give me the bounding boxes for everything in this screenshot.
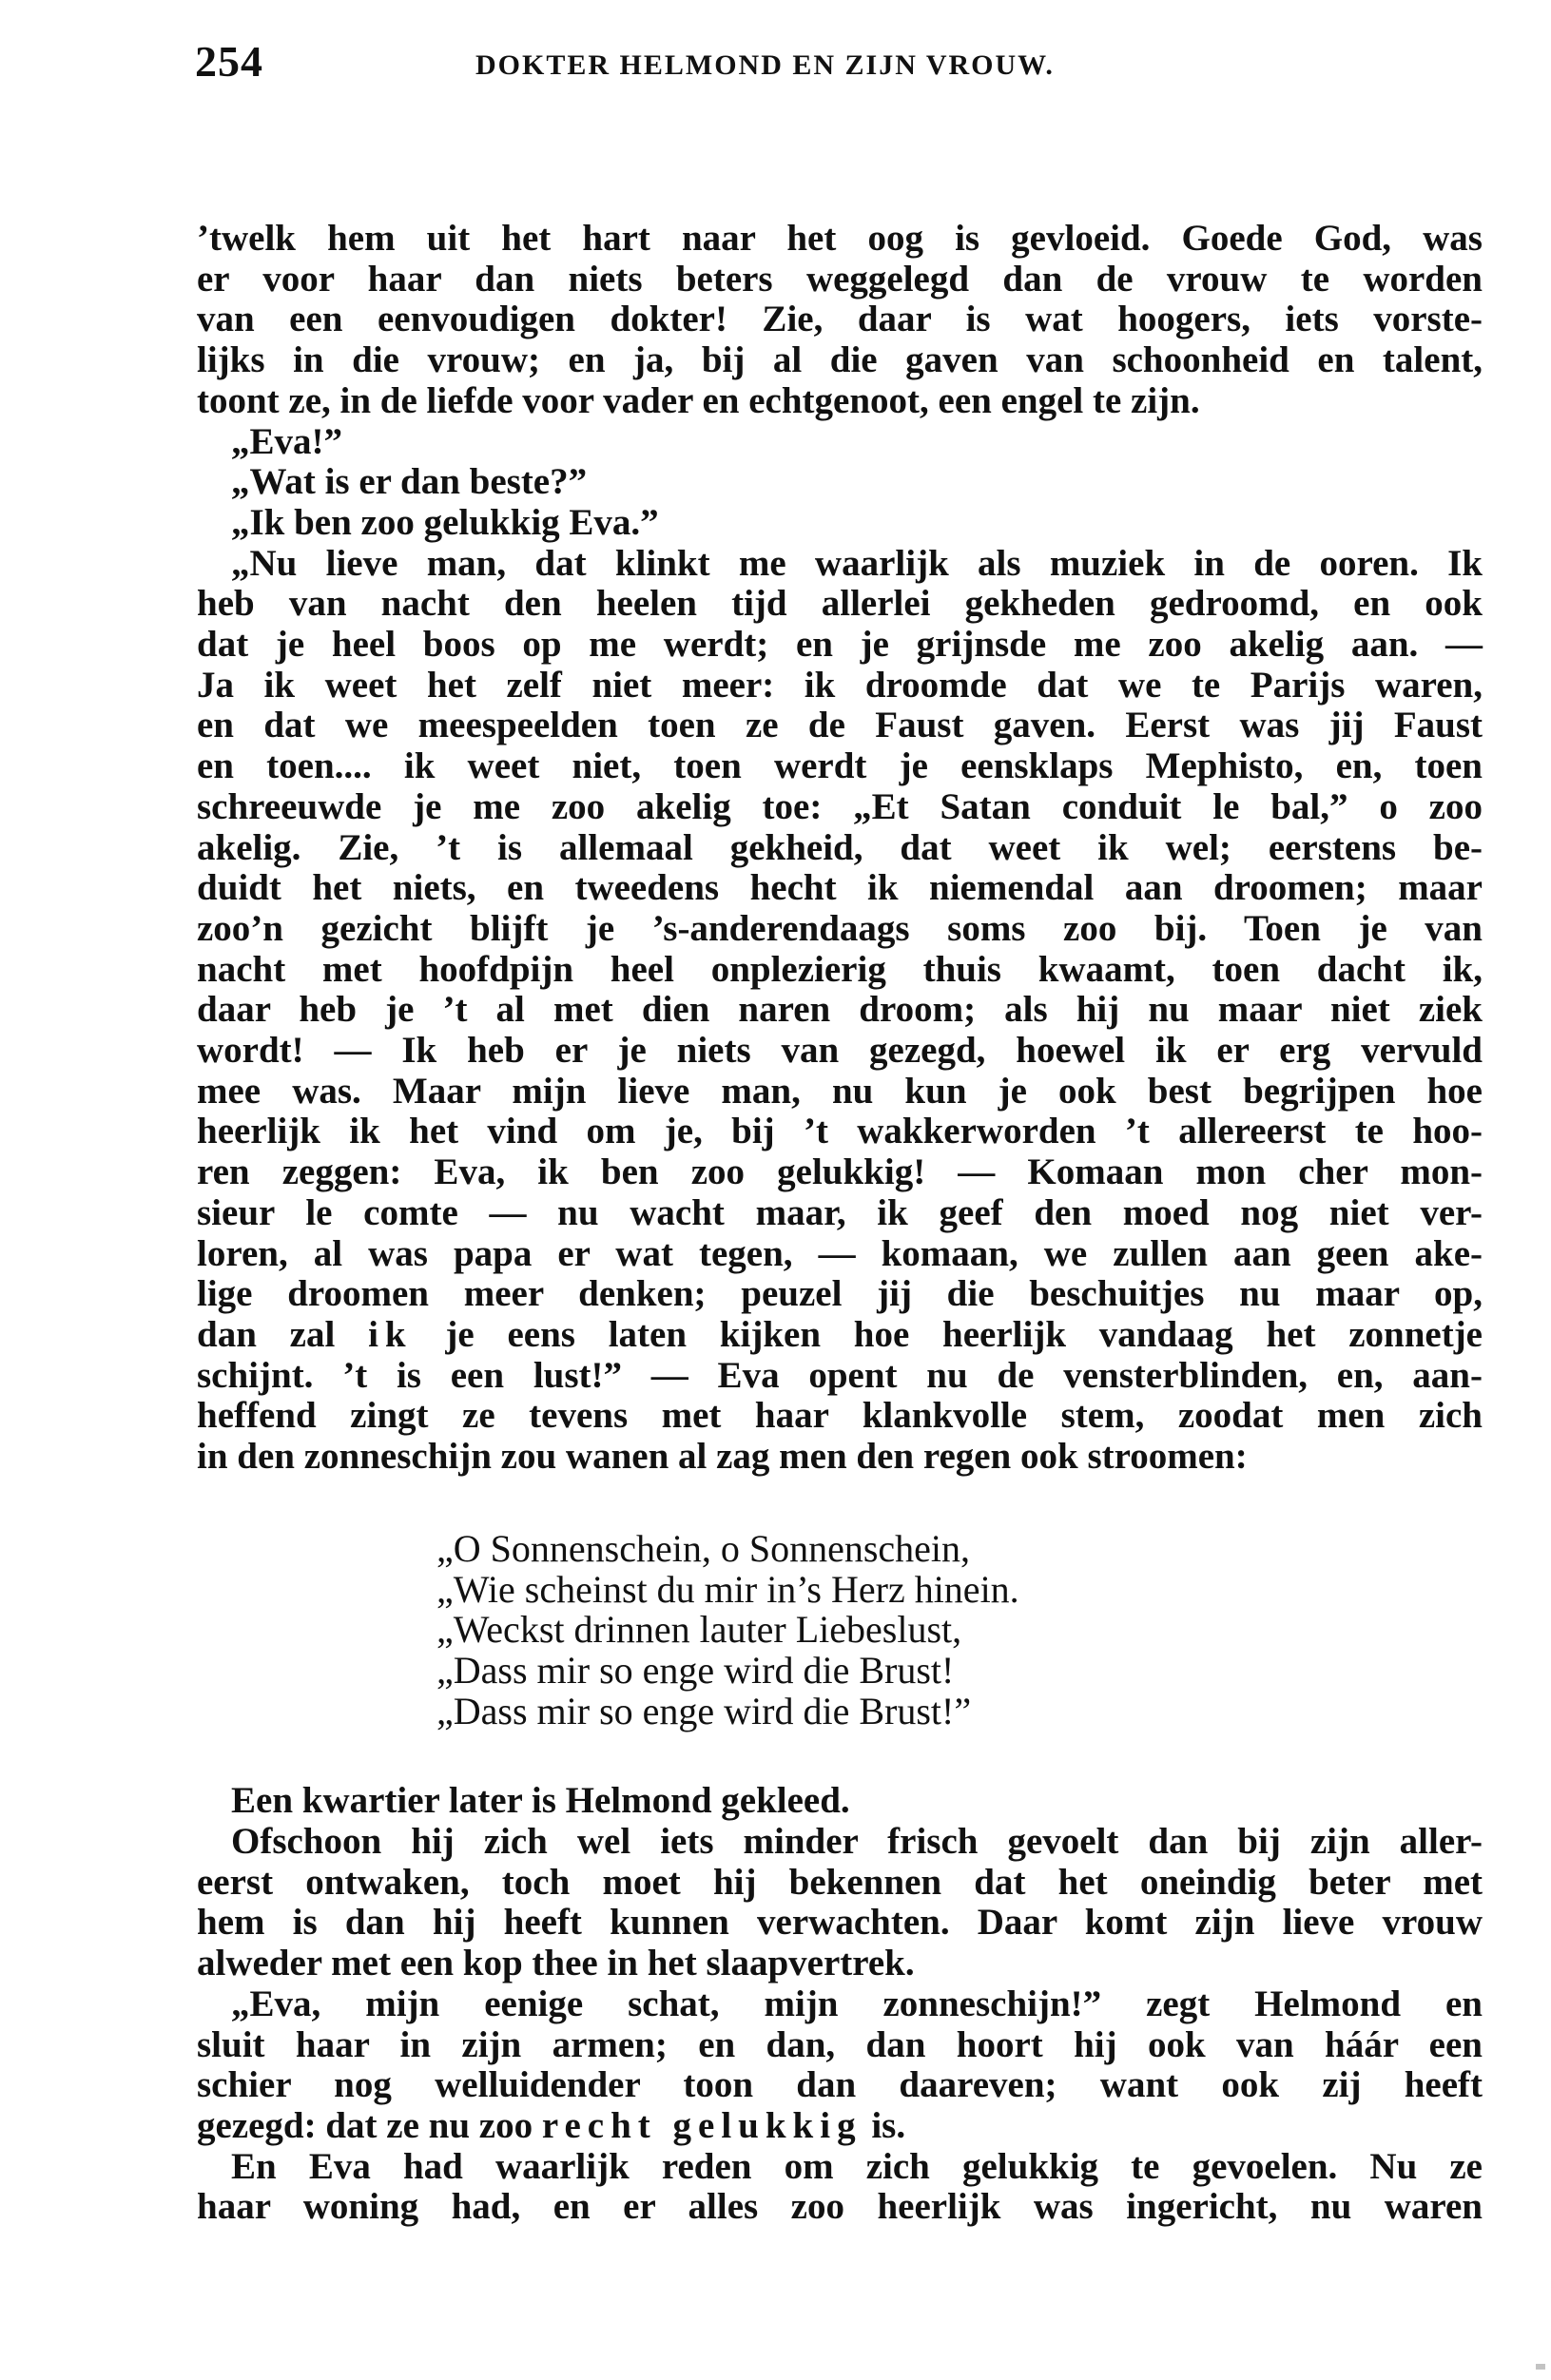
text-line: haar woning had, en er alles zoo heerlij… <box>197 2187 1483 2228</box>
text-line: hem is dan hij heeft kunnen verwachten. … <box>197 1903 1483 1944</box>
page-number: 254 <box>195 36 263 87</box>
paragraph: ’twelk hem uit het hart naar het oog is … <box>197 219 1483 422</box>
text-line: Ja ik weet het zelf niet meer: ik droomd… <box>197 666 1483 706</box>
poem-line: „O Sonnenschein, o Sonnenschein, <box>436 1529 1483 1570</box>
text-line: heb van nacht den heelen tijd allerlei g… <box>197 584 1483 625</box>
emphasis-spaced: ik <box>368 1314 413 1355</box>
paragraph: „Nu lieve man, dat klinkt me waarlijk al… <box>197 544 1483 1478</box>
text-line: loren, al was papa er wat tegen, — komaa… <box>197 1234 1483 1275</box>
text-line: daar heb je ’t al met dien naren droom; … <box>197 990 1483 1031</box>
text-line: er voor haar dan niets beters weggelegd … <box>197 260 1483 300</box>
emphasis-spaced: recht gelukkig <box>542 2105 863 2146</box>
text-line: en toen.... ik weet niet, toen werdt je … <box>197 746 1483 787</box>
text-line: gezegd: dat ze nu zoo recht gelukkig is. <box>197 2106 1483 2147</box>
paragraph: „Ik ben zoo gelukkig Eva.” <box>197 503 1483 544</box>
text-line: duidt het niets, en tweedens hecht ik ni… <box>197 868 1483 909</box>
paragraph: „Eva, mijn eenige schat, mijn zonneschij… <box>197 1984 1483 2147</box>
text-line: „Wat is er dan beste?” <box>197 462 1483 503</box>
text-line: schijnt. ’t is een lust!” — Eva opent nu… <box>197 1356 1483 1397</box>
text-line: schier nog welluidender toon dan daareve… <box>197 2065 1483 2106</box>
text-line: „Eva, mijn eenige schat, mijn zonneschij… <box>197 1984 1483 2025</box>
paragraph: „Eva!” <box>197 422 1483 463</box>
text-line: akelig. Zie, ’t is allemaal gekheid, dat… <box>197 828 1483 869</box>
text-line: dat je heel boos op me werdt; en je grij… <box>197 625 1483 666</box>
text-line: heerlijk ik het vind om je, bij ’t wakke… <box>197 1112 1483 1152</box>
page-body: ’twelk hem uit het hart naar het oog is … <box>197 219 1483 2228</box>
text-line: dan zal ik je eens laten kijken hoe heer… <box>197 1315 1483 1356</box>
prose-before-poem: ’twelk hem uit het hart naar het oog is … <box>197 219 1483 1478</box>
text-line: eerst ontwaken, toch moet hij bekennen d… <box>197 1863 1483 1904</box>
poem-line: „Dass mir so enge wird die Brust!” <box>436 1692 1483 1732</box>
text-line: En Eva had waarlijk reden om zich gelukk… <box>197 2147 1483 2188</box>
text-line: ’twelk hem uit het hart naar het oog is … <box>197 219 1483 260</box>
text-line: nacht met hoofdpijn heel onplezierig thu… <box>197 950 1483 991</box>
scan-speck <box>1536 2364 1545 2370</box>
text-line: en dat we meespeelden toen ze de Faust g… <box>197 706 1483 746</box>
text-line: mee was. Maar mijn lieve man, nu kun je … <box>197 1072 1483 1113</box>
text-line: alweder met een kop thee in het slaapver… <box>197 1944 1483 1984</box>
text-line: Ofschoon hij zich wel iets minder frisch… <box>197 1822 1483 1863</box>
poem-line: „Wie scheinst du mir in’s Herz hinein. <box>436 1570 1483 1611</box>
text-line: lige droomen meer denken; peuzel jij die… <box>197 1274 1483 1315</box>
paragraph: „Wat is er dan beste?” <box>197 462 1483 503</box>
text-line: heffend zingt ze tevens met haar klankvo… <box>197 1396 1483 1437</box>
poem-block: „O Sonnenschein, o Sonnenschein,„Wie sch… <box>436 1529 1483 1732</box>
paragraph: En Eva had waarlijk reden om zich gelukk… <box>197 2147 1483 2228</box>
text-line: lijks in die vrouw; en ja, bij al die ga… <box>197 340 1483 381</box>
text-line: „Eva!” <box>197 422 1483 463</box>
running-title: DOKTER HELMOND EN ZIJN VROUW. <box>475 49 1132 82</box>
text-line: „Ik ben zoo gelukkig Eva.” <box>197 503 1483 544</box>
text-line: Een kwartier later is Helmond gekleed. <box>197 1781 1483 1822</box>
poem-line: „Weckst drinnen lauter Liebeslust, <box>436 1610 1483 1651</box>
prose-after-poem: Een kwartier later is Helmond gekleed.Of… <box>197 1781 1483 2228</box>
text-line: zoo’n gezicht blijft je ’s-anderendaags … <box>197 909 1483 950</box>
text-line: in den zonneschijn zou wanen al zag men … <box>197 1437 1483 1478</box>
text-line: wordt! — Ik heb er je niets van gezegd, … <box>197 1031 1483 1072</box>
paragraph: Een kwartier later is Helmond gekleed. <box>197 1781 1483 1822</box>
paragraph: Ofschoon hij zich wel iets minder frisch… <box>197 1822 1483 1984</box>
text-line: sluit haar in zijn armen; en dan, dan ho… <box>197 2025 1483 2066</box>
text-line: van een eenvoudigen dokter! Zie, daar is… <box>197 300 1483 340</box>
text-line: „Nu lieve man, dat klinkt me waarlijk al… <box>197 544 1483 585</box>
poem-line: „Dass mir so enge wird die Brust! <box>436 1651 1483 1692</box>
text-line: toont ze, in de liefde voor vader en ech… <box>197 381 1483 422</box>
text-line: schreeuwde je me zoo akelig toe: „Et Sat… <box>197 787 1483 828</box>
text-line: ren zeggen: Eva, ik ben zoo gelukkig! — … <box>197 1152 1483 1193</box>
text-line: sieur le comte — nu wacht maar, ik geef … <box>197 1193 1483 1234</box>
